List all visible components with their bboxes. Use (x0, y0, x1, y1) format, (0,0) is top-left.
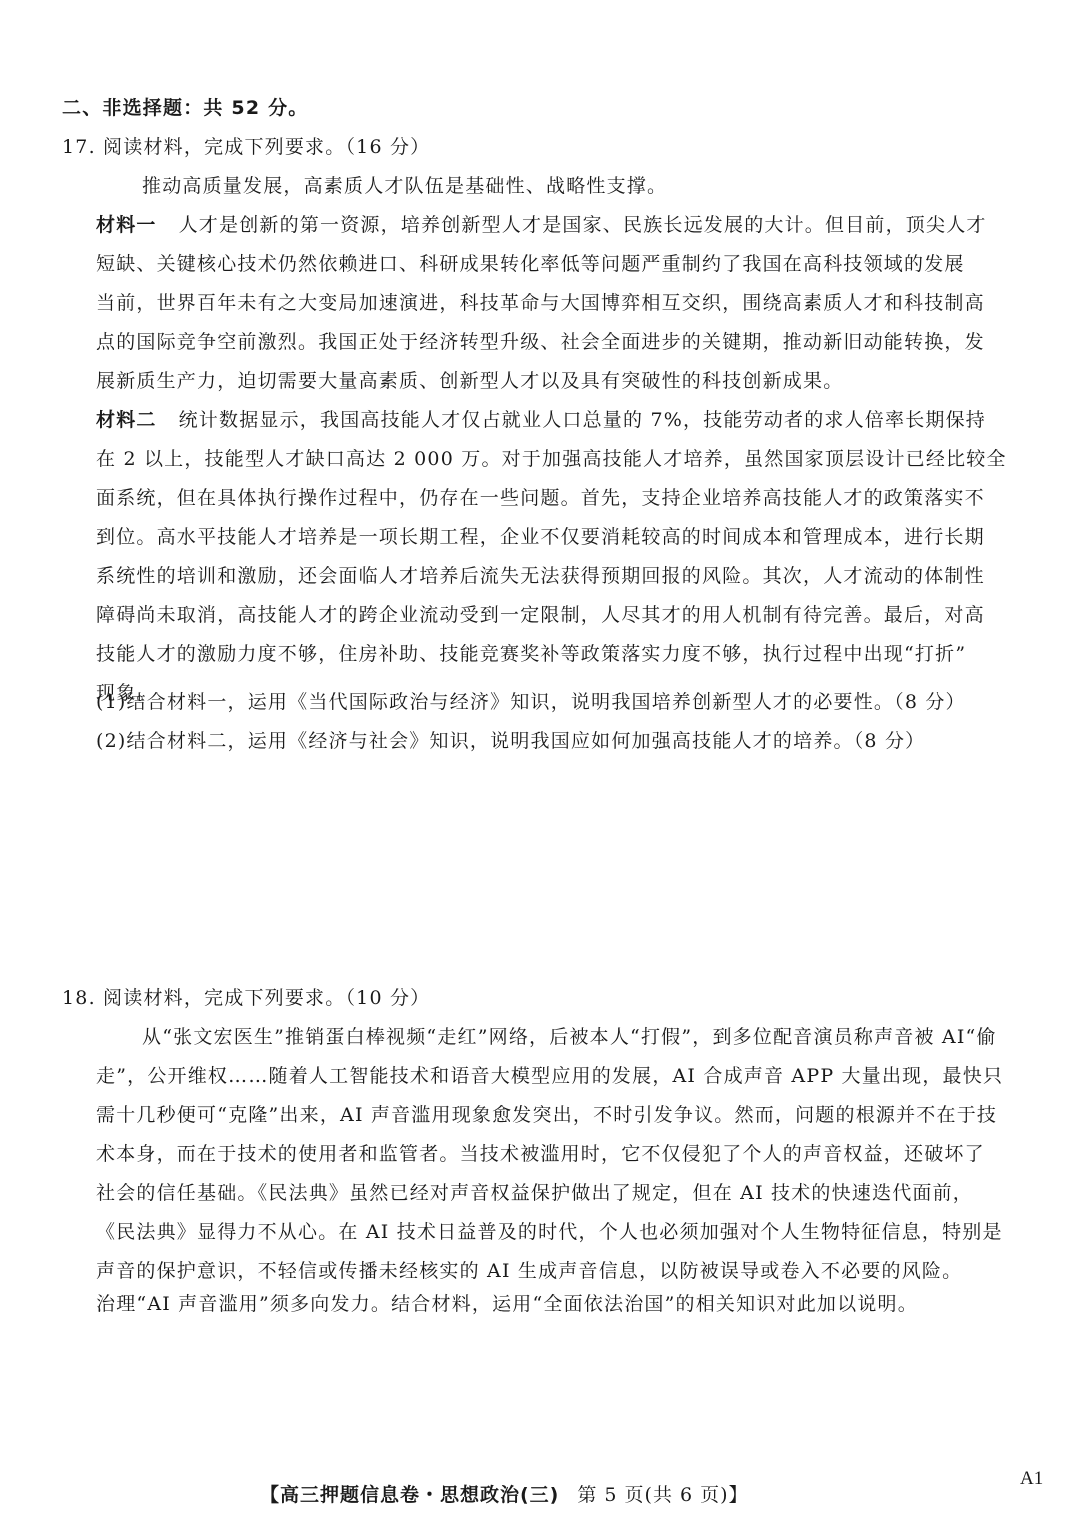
material-1-line: 短缺、关键核心技术仍然依赖进口、科研成果转化率低等问题严重制约了我国在高科技领域… (96, 250, 1016, 278)
material-2-text: 统计数据显示，我国高技能人才仅占就业人口总量的 7%，技能劳动者的求人倍率长期保… (179, 409, 986, 431)
section-title: 二、非选择题：共 52 分。 (62, 94, 308, 122)
material-1-line: 材料一人才是创新的第一资源，培养创新型人才是国家、民族长远发展的大计。但目前，顶… (96, 211, 1016, 239)
question-17-2: (2)结合材料二，运用《经济与社会》知识，说明我国应如何加强高技能人才的培养。（… (96, 727, 1016, 755)
material-2-line: 障碍尚未取消，高技能人才的跨企业流动受到一定限制，人尽其才的用人机制有待完善。最… (96, 601, 1016, 629)
question-17-intro: 推动高质量发展，高素质人才队伍是基础性、战略性支撑。 (142, 172, 667, 200)
material-2-label: 材料二 (96, 409, 157, 431)
material-1-line: 当前，世界百年未有之大变局加速演进，科技革命与大国博弈相互交织，围绕高素质人才和… (96, 289, 1016, 317)
question-17-heading: 17. 阅读材料，完成下列要求。（16 分） (62, 133, 430, 161)
material-1-line: 点的国际竞争空前激烈。我国正处于经济转型升级、社会全面进步的关键期，推动新旧动能… (96, 328, 1016, 356)
material-1-label: 材料一 (96, 214, 157, 236)
material-2-line: 在 2 以上，技能型人才缺口高达 2 000 万。对于加强高技能人才培养，虽然国… (96, 445, 1016, 473)
footer-page-number: 第 5 页(共 6 页)】 (577, 1484, 748, 1506)
question-18-line: 需十几秒便可“克隆”出来，AI 声音滥用现象愈发突出，不时引发争议。然而，问题的… (96, 1101, 1016, 1129)
question-17-1: (1)结合材料一，运用《当代国际政治与经济》知识，说明我国培养创新型人才的必要性… (96, 688, 1016, 716)
material-2-line: 到位。高水平技能人才培养是一项长期工程，企业不仅要消耗较高的时间成本和管理成本，… (96, 523, 1016, 551)
material-2-line: 系统性的培训和激励，还会面临人才培养后流失无法获得预期回报的风险。其次，人才流动… (96, 562, 1016, 590)
question-18-line: 术本身，而在于技术的使用者和监管者。当技术被滥用时，它不仅侵犯了个人的声音权益，… (96, 1140, 1016, 1168)
footer-title: 【高三押题信息卷・思想政治(三) (260, 1484, 559, 1506)
material-1-line: 展新质生产力，迫切需要大量高素质、创新型人才以及具有突破性的科技创新成果。 (96, 367, 1016, 395)
question-18-line: 声音的保护意识，不轻信或传播未经核实的 AI 生成声音信息，以防被误导或卷入不必… (96, 1257, 1016, 1285)
question-18-line: 从“张文宏医生”推销蛋白棒视频“走红”网络，后被本人“打假”，到多位配音演员称声… (142, 1023, 997, 1051)
material-2-line: 材料二统计数据显示，我国高技能人才仅占就业人口总量的 7%，技能劳动者的求人倍率… (96, 406, 1016, 434)
question-18-line: 社会的信任基础。《民法典》虽然已经对声音权益保护做出了规定，但在 AI 技术的快… (96, 1179, 1016, 1207)
material-1-text: 人才是创新的第一资源，培养创新型人才是国家、民族长远发展的大计。但目前，顶尖人才 (179, 214, 987, 236)
question-18-prompt: 治理“AI 声音滥用”须多向发力。结合材料，运用“全面依法治国”的相关知识对此加… (96, 1290, 1016, 1318)
material-2-line: 技能人才的激励力度不够，住房补助、技能竞赛奖补等政策落实力度不够，执行过程中出现… (96, 640, 1016, 668)
page-footer: 【高三押题信息卷・思想政治(三)第 5 页(共 6 页)】 (260, 1480, 749, 1507)
material-2-line: 面系统，但在具体执行操作过程中，仍存在一些问题。首先，支持企业培养高技能人才的政… (96, 484, 1016, 512)
paper-code: A1 (1020, 1468, 1043, 1490)
question-18-heading: 18. 阅读材料，完成下列要求。（10 分） (62, 984, 430, 1012)
question-18-line: 走”，公开维权……随着人工智能技术和语音大模型应用的发展，AI 合成声音 APP… (96, 1062, 1016, 1090)
question-18-line: 《民法典》显得力不从心。在 AI 技术日益普及的时代，个人也必须加强对个人生物特… (96, 1218, 1016, 1246)
